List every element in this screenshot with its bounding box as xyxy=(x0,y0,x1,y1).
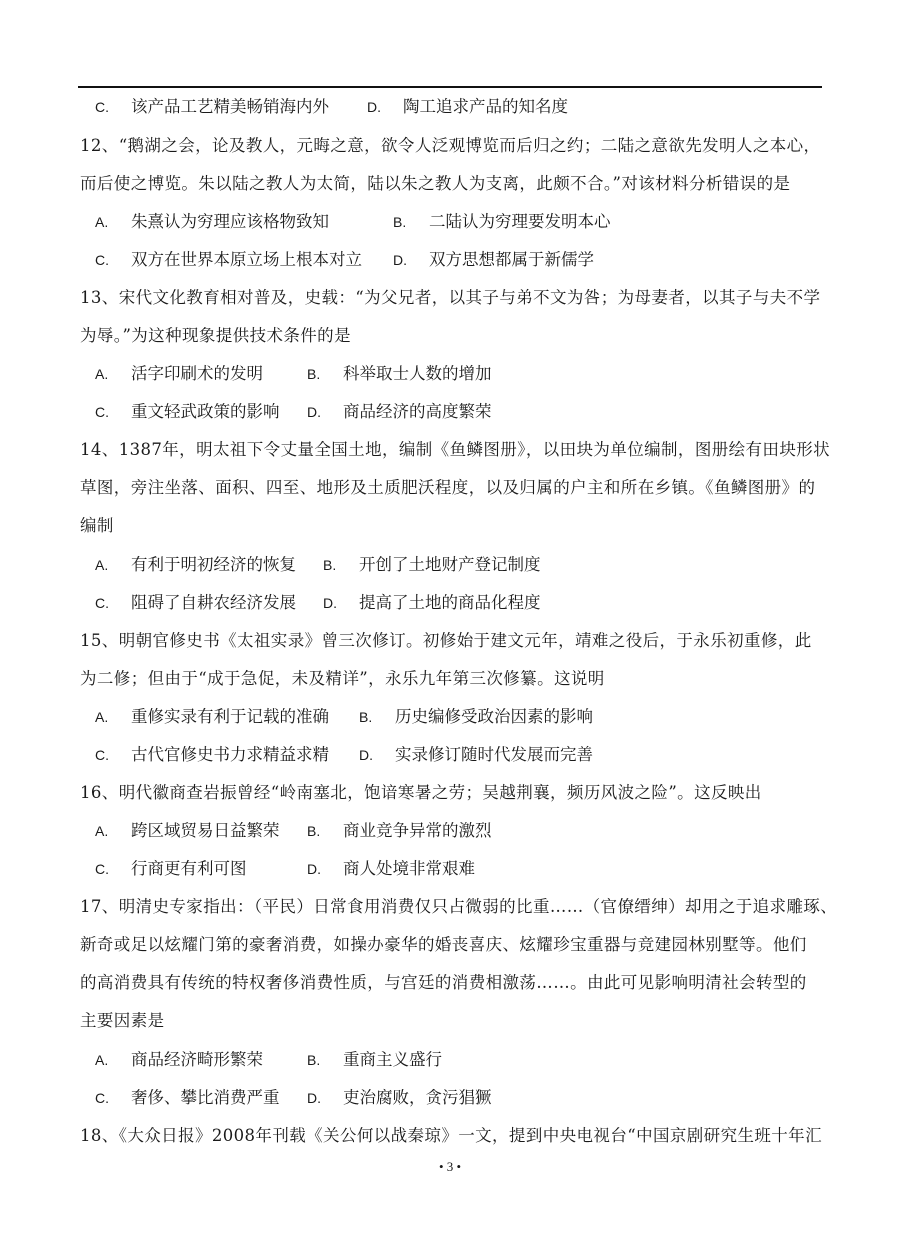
q14-stem-line-2: 草图，旁注坐落、面积、四至、地形及土质肥沃程度，以及归属的户主和所在乡镇。《鱼鳞… xyxy=(80,478,815,498)
q12-option-b: B.二陆认为穷理要发明本心 xyxy=(393,212,611,232)
q13-option-c: C.重文轻武政策的影响 xyxy=(95,402,280,422)
q14-option-c: C.阻碍了自耕农经济发展 xyxy=(95,593,296,613)
q11-option-d: D.陶工追求产品的知名度 xyxy=(367,97,568,117)
page-number: • 3 • xyxy=(0,1159,900,1175)
q13-option-d: D.商品经济的高度繁荣 xyxy=(307,402,492,422)
q17-stem-line-2: 新奇或足以炫耀门第的豪奢消费，如操办豪华的婚丧喜庆、炫耀珍宝重器与竞建园林别墅等… xyxy=(80,935,807,955)
q14-option-b: B.开创了土地财产登记制度 xyxy=(323,555,541,575)
q14-stem-line-1: 14、1387年，明太祖下令丈量全国土地，编制《鱼鳞图册》，以田块为单位编制，图… xyxy=(80,440,830,460)
q16-option-a: A.跨区域贸易日益繁荣 xyxy=(95,821,280,841)
q17-stem-line-3: 的高消费具有传统的特权奢侈消费性质，与宫廷的消费相激荡……。由此可见影响明清社会… xyxy=(80,973,807,993)
q12-option-a: A.朱熹认为穷理应该格物致知 xyxy=(95,212,329,232)
q12-stem-line-1: 12、“鹅湖之会，论及教人，元晦之意，欲令人泛观博览而后归之约；二陆之意欲先发明… xyxy=(80,136,820,156)
q15-option-c: C.古代官修史书力求精益求精 xyxy=(95,745,329,765)
q13-option-a: A.活字印刷术的发明 xyxy=(95,364,263,384)
q12-stem-line-2: 而后使之博览。朱以陆之教人为太简，陆以朱之教人为支离，此颇不合。”对该材料分析错… xyxy=(80,174,790,194)
q17-option-d: D.吏治腐败，贪污猖獗 xyxy=(307,1088,492,1108)
q16-option-b: B.商业竞争异常的激烈 xyxy=(307,821,492,841)
q13-stem-line-1: 13、宋代文化教育相对普及，史载：“为父兄者，以其子与弟不文为咎；为母妻者，以其… xyxy=(80,288,820,308)
q14-stem-line-3: 编制 xyxy=(80,516,114,536)
q13-option-b: B.科举取士人数的增加 xyxy=(307,364,492,384)
q17-option-c: C.奢侈、攀比消费严重 xyxy=(95,1088,280,1108)
q15-option-b: B.历史编修受政治因素的影响 xyxy=(359,707,593,727)
q16-option-c: C.行商更有利可图 xyxy=(95,859,247,879)
q16-stem-line-1: 16、明代徽商查岩振曾经“岭南塞北，饱谙寒暑之劳；吴越荆襄，频历风波之险”。这反… xyxy=(80,783,762,803)
q12-option-d: D.双方思想都属于新儒学 xyxy=(393,250,594,270)
header-rule xyxy=(78,86,822,88)
q15-option-d: D.实录修订随时代发展而完善 xyxy=(359,745,593,765)
q14-option-a: A.有利于明初经济的恢复 xyxy=(95,555,296,575)
q14-option-d: D.提高了土地的商品化程度 xyxy=(323,593,541,613)
q17-stem-line-1: 17、明清史专家指出：（平民）日常食用消费仅只占微弱的比重……（官僚缙绅）却用之… xyxy=(80,897,837,917)
q17-option-b: B.重商主义盛行 xyxy=(307,1050,442,1070)
q16-option-d: D.商人处境非常艰难 xyxy=(307,859,475,879)
q11-option-c: C.该产品工艺精美畅销海内外 xyxy=(95,97,329,117)
q15-option-a: A.重修实录有利于记载的准确 xyxy=(95,707,329,727)
q15-stem-line-2: 为二修；但由于“成于急促，未及精详”，永乐九年第三次修纂。这说明 xyxy=(80,669,605,689)
q12-option-c: C.双方在世界本原立场上根本对立 xyxy=(95,250,362,270)
q18-stem-line-1: 18、《大众日报》2008年刊载《关公何以战秦琼》一文，提到中央电视台“中国京剧… xyxy=(80,1126,822,1146)
q17-option-a: A.商品经济畸形繁荣 xyxy=(95,1050,263,1070)
q13-stem-line-2: 为辱。”为这种现象提供技术条件的是 xyxy=(80,326,351,346)
q17-stem-line-4: 主要因素是 xyxy=(80,1011,165,1031)
q15-stem-line-1: 15、明朝官修史书《太祖实录》曾三次修订。初修始于建文元年，靖难之役后，于永乐初… xyxy=(80,631,812,651)
